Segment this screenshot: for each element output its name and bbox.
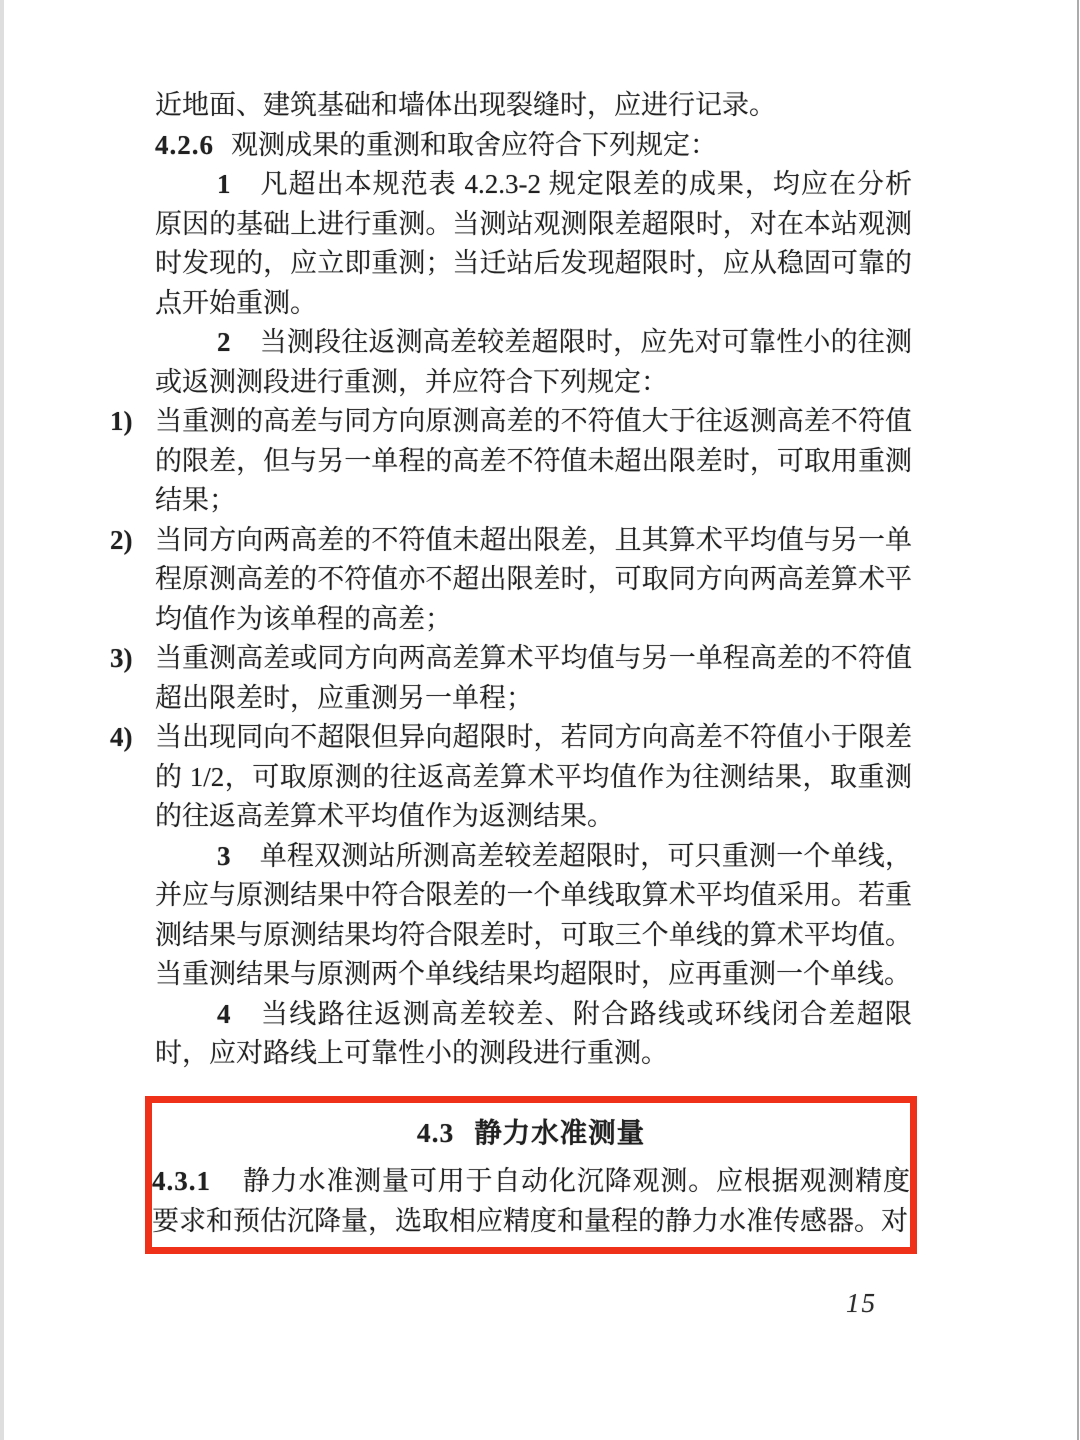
page-left-edge [0, 0, 4, 1440]
item-number: 2 [217, 327, 231, 357]
clause-4-2-6: 4.2.6观测成果的重测和取舍应符合下列规定： [155, 126, 912, 166]
red-highlight-annotation-box: 4.3静力水准测量 4.3.1静力水准测量可用于自动化沉降观测。应根据观测精度要… [145, 1096, 917, 1255]
sub-item-text: 当同方向两高差的不符值未超出限差，且其算术平均值与另一单程原测高差的不符值亦不超… [155, 525, 912, 634]
clause-number: 4.3.1 [152, 1166, 211, 1196]
section-title: 静力水准测量 [474, 1117, 645, 1148]
clause-text: 静力水准测量可用于自动化沉降观测。应根据观测精度要求和预估沉降量，选取相应精度和… [152, 1166, 910, 1236]
sub-item-1: 1)当重测的高差与同方向原测高差的不符值大于往返测高差不符值的限差，但与另一单程… [155, 402, 912, 521]
item-text: 当线路往返测高差较差、附合路线或环线闭合差超限时，应对路线上可靠性小的测段进行重… [155, 999, 912, 1069]
sub-item-2: 2)当同方向两高差的不符值未超出限差，且其算术平均值与另一单程原测高差的不符值亦… [155, 521, 912, 640]
sub-item-number: 2) [110, 521, 155, 561]
list-item-2: 2当测段往返测高差较差超限时，应先对可靠性小的往测或返测测段进行重测，并应符合下… [155, 323, 912, 402]
document-page: 近地面、建筑基础和墙体出现裂缝时，应进行记录。 4.2.6观测成果的重测和取舍应… [0, 0, 1080, 1440]
item-text: 凡超出本规范表 4.2.3-2 规定限差的成果，均应在分析原因的基础上进行重测。… [155, 169, 912, 318]
sub-item-number: 3) [110, 639, 155, 679]
sub-item-text: 当出现同向不超限但异向超限时，若同方向高差不符值小于限差的 1/2，可取原测的往… [155, 722, 912, 831]
sub-item-number: 4) [110, 718, 155, 758]
page-body-text: 近地面、建筑基础和墙体出现裂缝时，应进行记录。 4.2.6观测成果的重测和取舍应… [155, 86, 912, 1254]
sub-item-text: 当重测高差或同方向两高差算术平均值与另一单程高差的不符值超出限差时，应重测另一单… [155, 643, 912, 713]
clause-number: 4.2.6 [155, 130, 214, 160]
sub-item-3: 3)当重测高差或同方向两高差算术平均值与另一单程高差的不符值超出限差时，应重测另… [155, 639, 912, 718]
section-number: 4.3 [417, 1117, 454, 1148]
sub-item-number: 1) [110, 402, 155, 442]
item-number: 4 [217, 999, 231, 1029]
list-item-1: 1凡超出本规范表 4.2.3-2 规定限差的成果，均应在分析原因的基础上进行重测… [155, 165, 912, 323]
item-text: 单程双测站所测高差较差超限时，可只重测一个单线，并应与原测结果中符合限差的一个单… [155, 841, 912, 990]
list-item-4: 4当线路往返测高差较差、附合路线或环线闭合差超限时，应对路线上可靠性小的测段进行… [155, 995, 912, 1074]
sub-item-4: 4)当出现同向不超限但异向超限时，若同方向高差不符值小于限差的 1/2，可取原测… [155, 718, 912, 837]
paragraph-continuation: 近地面、建筑基础和墙体出现裂缝时，应进行记录。 [155, 86, 912, 126]
clause-4-3-1: 4.3.1静力水准测量可用于自动化沉降观测。应根据观测精度要求和预估沉降量，选取… [152, 1162, 910, 1241]
list-item-3: 3单程双测站所测高差较差超限时，可只重测一个单线，并应与原测结果中符合限差的一个… [155, 837, 912, 995]
sub-item-text: 当重测的高差与同方向原测高差的不符值大于往返测高差不符值的限差，但与另一单程的高… [155, 406, 912, 515]
item-number: 3 [217, 841, 231, 871]
page-right-edge [1077, 0, 1079, 1440]
item-text: 当测段往返测高差较差超限时，应先对可靠性小的往测或返测测段进行重测，并应符合下列… [155, 327, 912, 397]
clause-text: 观测成果的重测和取舍应符合下列规定： [231, 130, 717, 160]
section-heading-4-3: 4.3静力水准测量 [152, 1113, 910, 1153]
item-number: 1 [217, 169, 231, 199]
page-number: 15 [846, 1288, 877, 1319]
